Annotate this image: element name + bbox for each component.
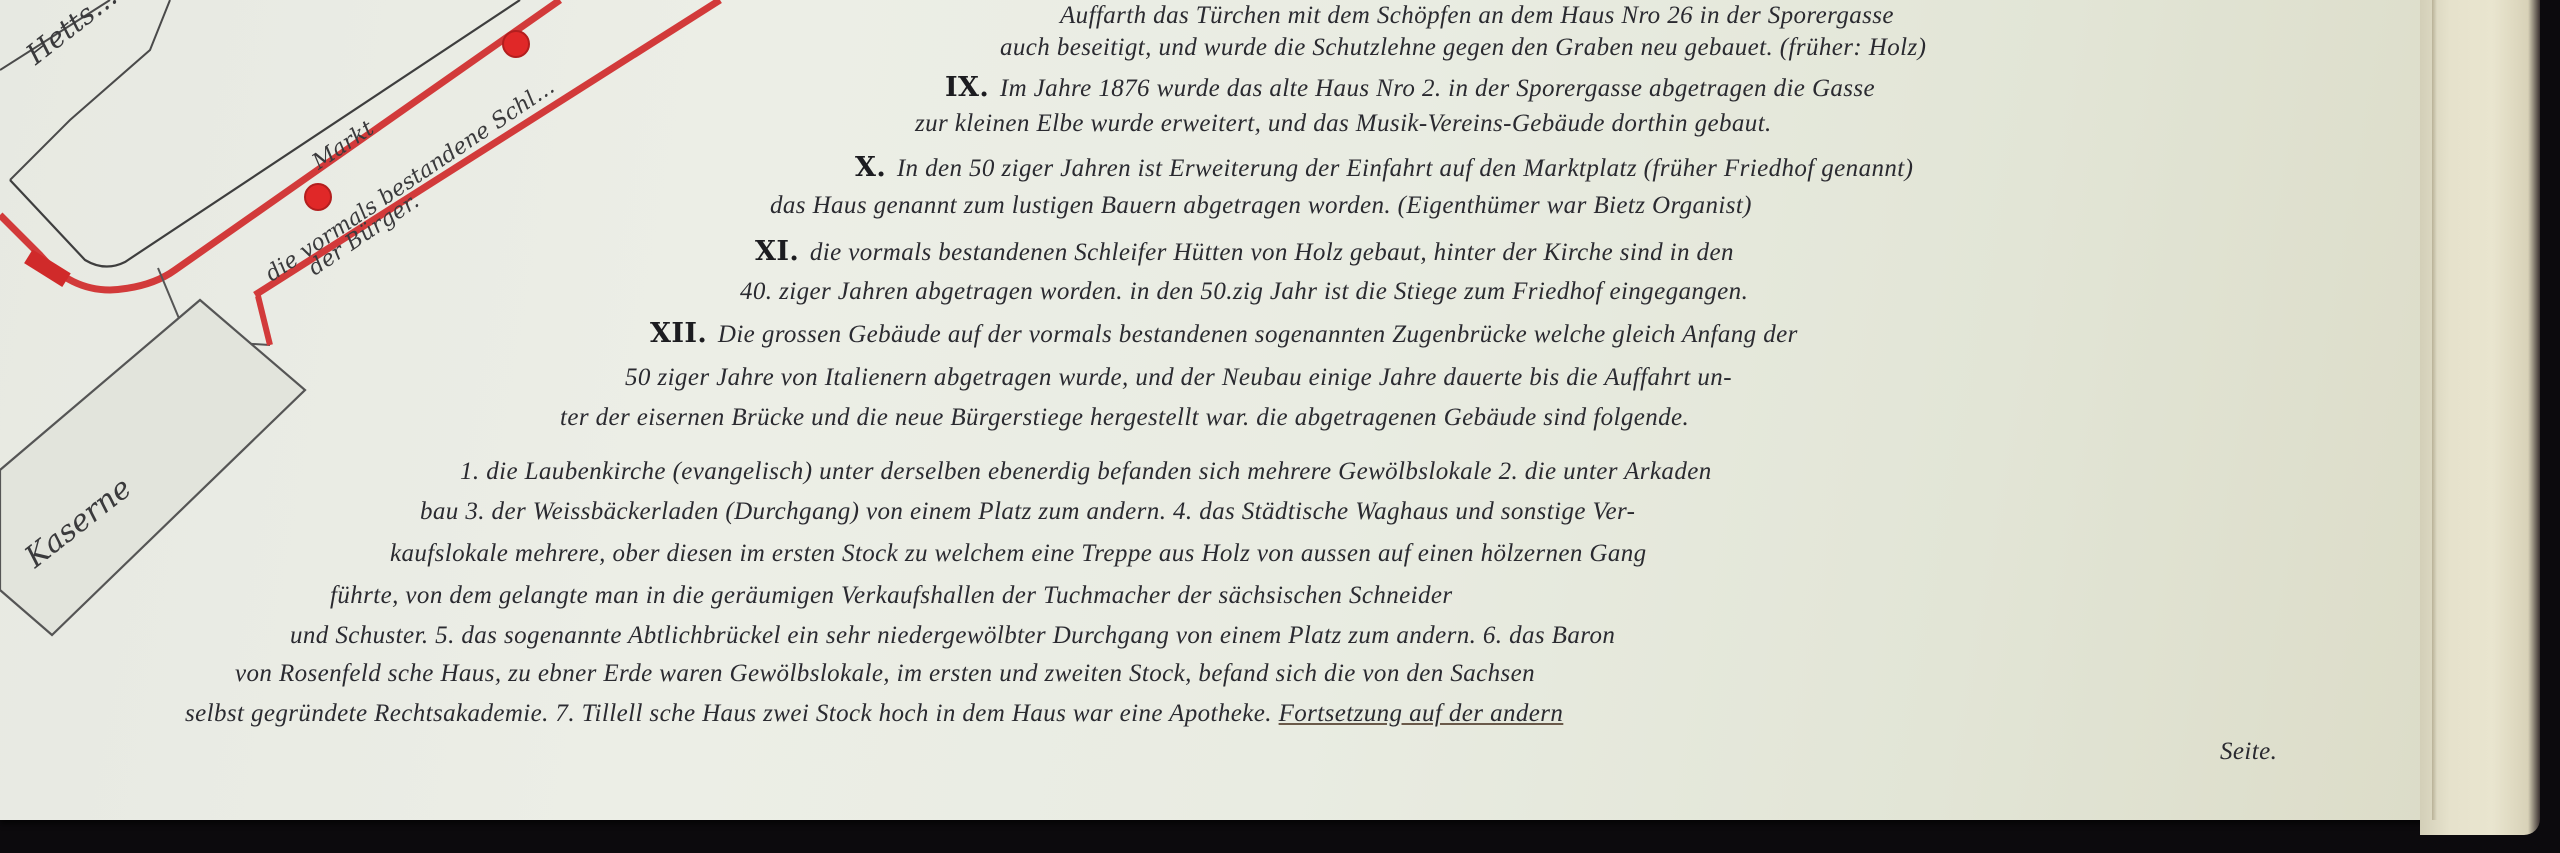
section-numeral: XII.: [650, 318, 707, 349]
text-line: zur kleinen Elbe wurde erweitert, und da…: [915, 110, 1772, 138]
section-numeral: X.: [855, 152, 886, 183]
text-line-xi: XI. die vormals bestandenen Schleifer Hü…: [755, 236, 1734, 267]
text-line: 50 ziger Jahre von Italienern abgetragen…: [625, 364, 1732, 392]
text-line: 40. ziger Jahren abgetragen worden. in d…: [740, 278, 1748, 306]
text-line: von Rosenfeld sche Haus, zu ebner Erde w…: [235, 660, 1535, 688]
text-line: Seite.: [2220, 738, 2277, 766]
text-line: bau 3. der Weissbäckerladen (Durchgang) …: [420, 498, 1635, 526]
text-line: führte, von dem gelangte man in die gerä…: [330, 582, 1453, 610]
text-line: Auffarth das Türchen mit dem Schöpfen an…: [1060, 2, 1894, 30]
text-line-xii: XII. Die grossen Gebäude auf der vormals…: [650, 318, 1798, 349]
section-numeral: IX.: [945, 72, 989, 103]
text-line: ter der eisernen Brücke und die neue Bür…: [560, 404, 1689, 432]
chronicle-text: Auffarth das Türchen mit dem Schöpfen an…: [0, 0, 2440, 820]
section-numeral: XI.: [755, 236, 799, 267]
text-line: das Haus genannt zum lustigen Bauern abg…: [770, 192, 1752, 220]
text-line: und Schuster. 5. das sogenannte Abtlichb…: [290, 622, 1615, 650]
continuation-note: Fortsetzung auf der andern: [1279, 700, 1564, 727]
text-line: selbst gegründete Rechtsakademie. 7. Til…: [185, 700, 1563, 728]
text-line: kaufslokale mehrere, ober diesen im erst…: [390, 540, 1647, 568]
text-line: 1. die Laubenkirche (evangelisch) unter …: [460, 458, 1712, 486]
text-line-ix: IX. Im Jahre 1876 wurde das alte Haus Nr…: [945, 72, 1875, 103]
text-line: auch beseitigt, und wurde die Schutzlehn…: [1000, 34, 1926, 62]
text-line-x: X. In den 50 ziger Jahren ist Erweiterun…: [855, 152, 1913, 183]
